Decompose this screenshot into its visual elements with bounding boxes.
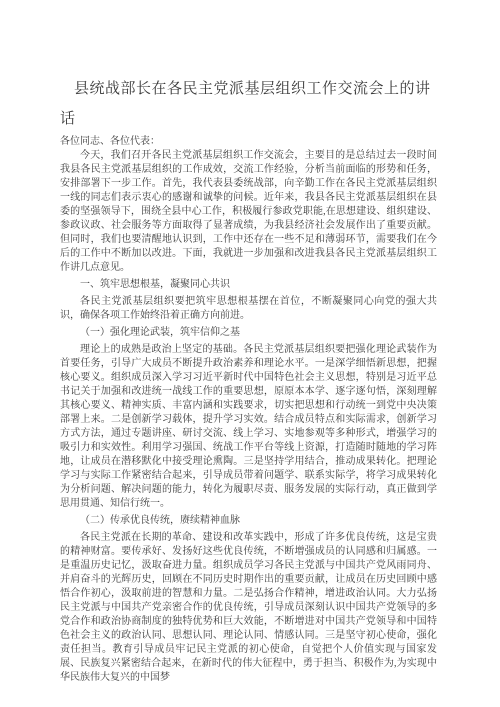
paragraph-intro: 今天，我们召开各民主党派基层组织工作交流会，主要目的是总结过去一段时间我县各民主…	[60, 149, 437, 275]
paragraph-subsection-1: 理论上的成熟是政治上坚定的基础。各民主党派基层组织要把强化理论武装作为首要任务，…	[60, 343, 437, 511]
heading-subsection-2: （二）传承优良传统，赓续精神血脉	[60, 514, 437, 528]
paragraph-subsection-2: 各民主党派在长期的革命、建设和改革实践中，形成了许多优良传统，这是宝贵的精神财富…	[60, 531, 437, 685]
document-title: 县统战部长在各民主党派基层组织工作交流会上的讲话	[60, 74, 437, 134]
paragraph-section-1-lead: 各民主党派基层组织要把筑牢思想根基摆在首位，不断凝聚同心向党的强大共识，确保各项…	[60, 295, 437, 323]
heading-subsection-1: （一）强化理论武装，筑牢信仰之基	[60, 326, 437, 340]
document-page: 县统战部长在各民主党派基层组织工作交流会上的讲话 各位同志、各位代表： 今天，我…	[0, 0, 500, 707]
document-content: 县统战部长在各民主党派基层组织工作交流会上的讲话 各位同志、各位代表： 今天，我…	[60, 74, 437, 685]
heading-section-1: 一、筑牢思想根基，凝聚同心共识	[60, 278, 437, 292]
salutation: 各位同志、各位代表：	[60, 135, 437, 149]
